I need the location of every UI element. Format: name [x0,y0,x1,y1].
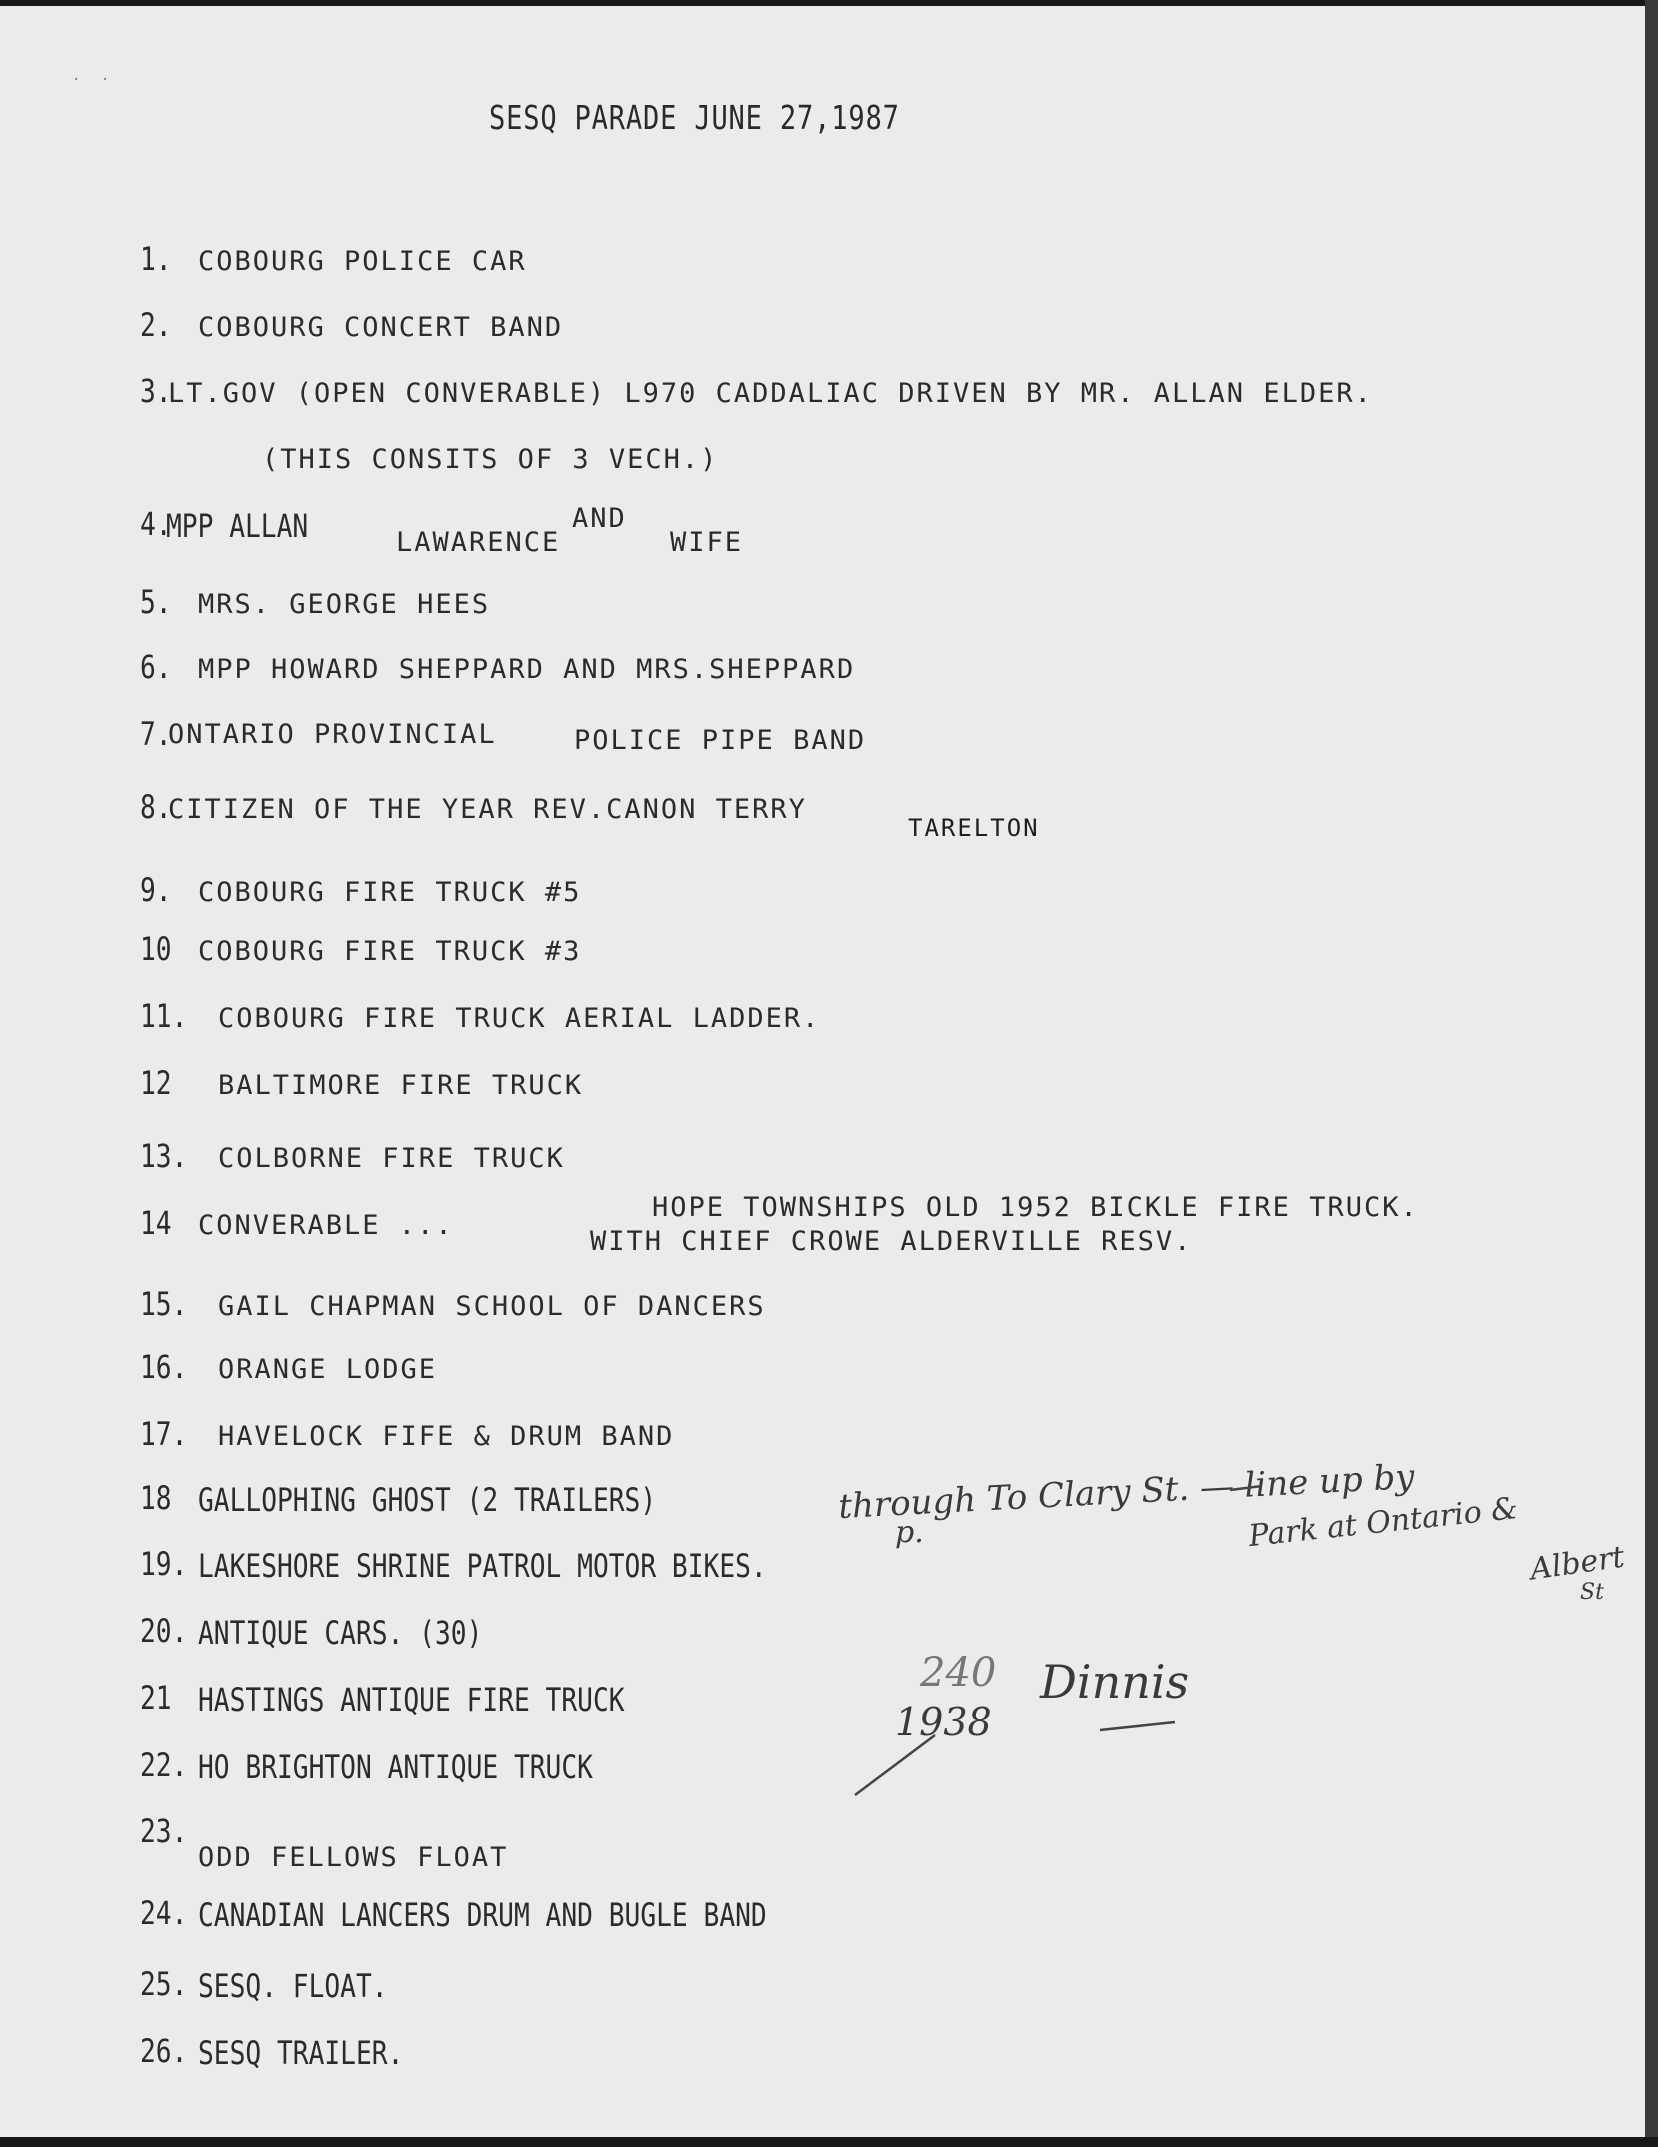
handwritten-strokes [0,0,1658,2147]
